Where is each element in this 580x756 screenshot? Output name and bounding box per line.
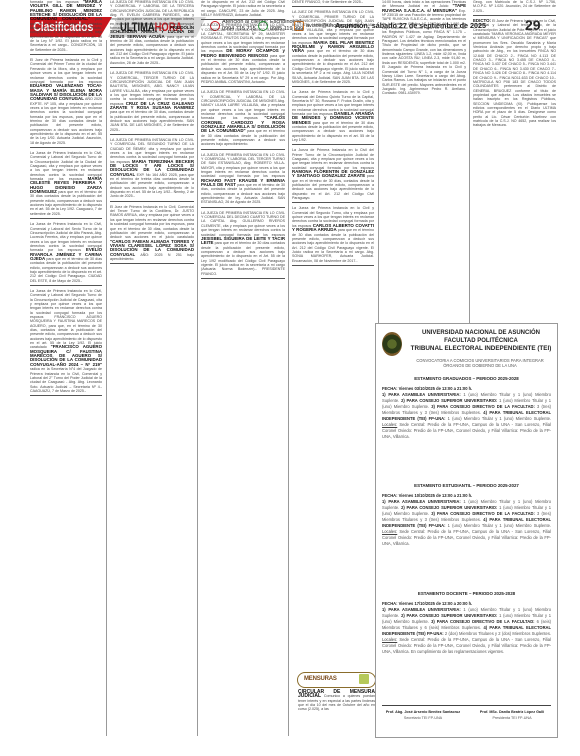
signature-divider [382,705,551,706]
classified-notice: LA JUEZA DE PRIMERA INSTANCIA EN LO CIVI… [201,211,285,276]
section-body-graduados: FECHA: Viernes 03/10/2025 de 13:00 a 21:… [382,386,551,440]
classified-notice: EDICTO: El Juez de Primera Instancia en … [473,19,556,128]
classified-column-6: Geog. con Matrícula de la C.S.J. Nº 1.75… [473,0,556,280]
classified-notice: formada por los esposos "MARILA VIOLETA … [30,0,102,52]
signature-president: Prof. MSc. Danila Beatriz López Galli Pr… [468,709,556,721]
classified-notice: La Jueza de Primera Instancia en lo Civi… [292,90,374,142]
column-divider [197,40,198,736]
classified-column-5: 14:00 horas, dará inicio a las operacion… [382,0,466,280]
classified-column-3: de lo dispuesto en el Art. 212 del Códig… [201,0,285,696]
classified-column-1: formada por los esposos "MARILA VIOLETA … [30,0,102,696]
classified-notice: de lo dispuesto en el Art. 212 del Códig… [201,0,285,17]
classified-notice: DENTE FRANCO, 9 de Setiembre de 2025.- [292,0,374,4]
column-divider [469,40,470,323]
section-body-estudiantil: FECHA: Viernes 10/10/2025 de 13:00 a 21:… [382,493,551,547]
classified-notice: LA JUEZA DE PRIMERA INSTANCIA EN LO CIVI… [110,71,194,132]
classified-column-2: LA JUEZA DE PRIMERA INSTANCIA EN LO CIVI… [110,0,194,696]
classified-notice: LA JUEZA DE PRIMERA INSTANCIA EN LO CIVI… [201,90,285,146]
classified-notice: La Jueza de Primera Instancia en lo Civi… [30,151,102,216]
signature-secretary: Prof. Abg. José Arsenio Benítez Santacru… [379,709,467,721]
classified-notice: La Jueza de Primera Instancia en lo Civi… [292,148,374,200]
classified-notice: La Jueza de Primera Instancia en lo Civi… [30,222,102,283]
notice-subtitle: CONVOCATORIA A COMICIOS UNIVERSITARIOS P… [406,358,554,368]
classified-notice: La Jueza de Primera Instancia en lo Civi… [292,206,374,262]
university-election-notice: UNIVERSIDAD NACIONAL DE ASUNCIÓN FACULTA… [375,323,558,738]
classified-notice: LA JUEZ DE PRIMERA INSTANCIA EN LO CIVIL… [292,10,374,84]
classified-notice: El Juez de Primera Instancia en lo Civil… [110,205,194,261]
university-seal-icon [382,332,402,356]
classified-notice: 14:00 horas, dará inicio a las operacion… [382,0,466,96]
classified-notice: LA JUEZA DE PRIMERA INSTANCIA EN LO CIVI… [201,23,285,84]
classified-notice: LA JUEZA DE PRIMERA INSTANCIA EN LO CIVI… [110,138,194,199]
section-title-docente: ESTAMENTO DOCENTE – PERIODO 2025-2028 [376,591,557,596]
column-divider [288,40,289,736]
section-title-estudiantil: ESTAMENTO ESTUDIANTIL – PERIODO 2025-202… [376,483,557,488]
notice-heading: UNIVERSIDAD NACIONAL DE ASUNCIÓN FACULTA… [406,330,556,353]
circular-mensura-notice: CIRCULAR DE MENSURA JUDICIAL Comunico a … [298,690,375,712]
newspaper-page: Clasificados ULTIMAHORA Atención al clie… [30,0,555,740]
column-divider [378,40,379,323]
map-icon [359,674,369,684]
mensuras-section-badge: MENSURAS [297,672,376,688]
classified-notice: El Juez de Primera Instancia en lo Civil… [30,58,102,145]
classified-column-4: DENTE FRANCO, 9 de Setiembre de 2025.- L… [292,0,374,628]
classified-notice: LA JUEZA DE PRIMERA INSTANCIA EN LO CIVI… [201,153,285,205]
classified-notice: La Jueza de Primera Instancia en lo Civi… [30,289,102,393]
column-divider [106,40,107,736]
classified-notice: Geog. con Matrícula de la C.S.J. Nº 1.75… [473,0,556,13]
section-title-graduados: ESTAMENTO GRADUADOS – PERIODO 2025-2028 [376,376,557,381]
section-body-docente: FECHA: Viernes 17/10/2025 de 12:00 a 20:… [382,601,551,655]
classified-notice: LA JUEZA DE PRIMERA INSTANCIA EN LO CIVI… [110,0,194,65]
